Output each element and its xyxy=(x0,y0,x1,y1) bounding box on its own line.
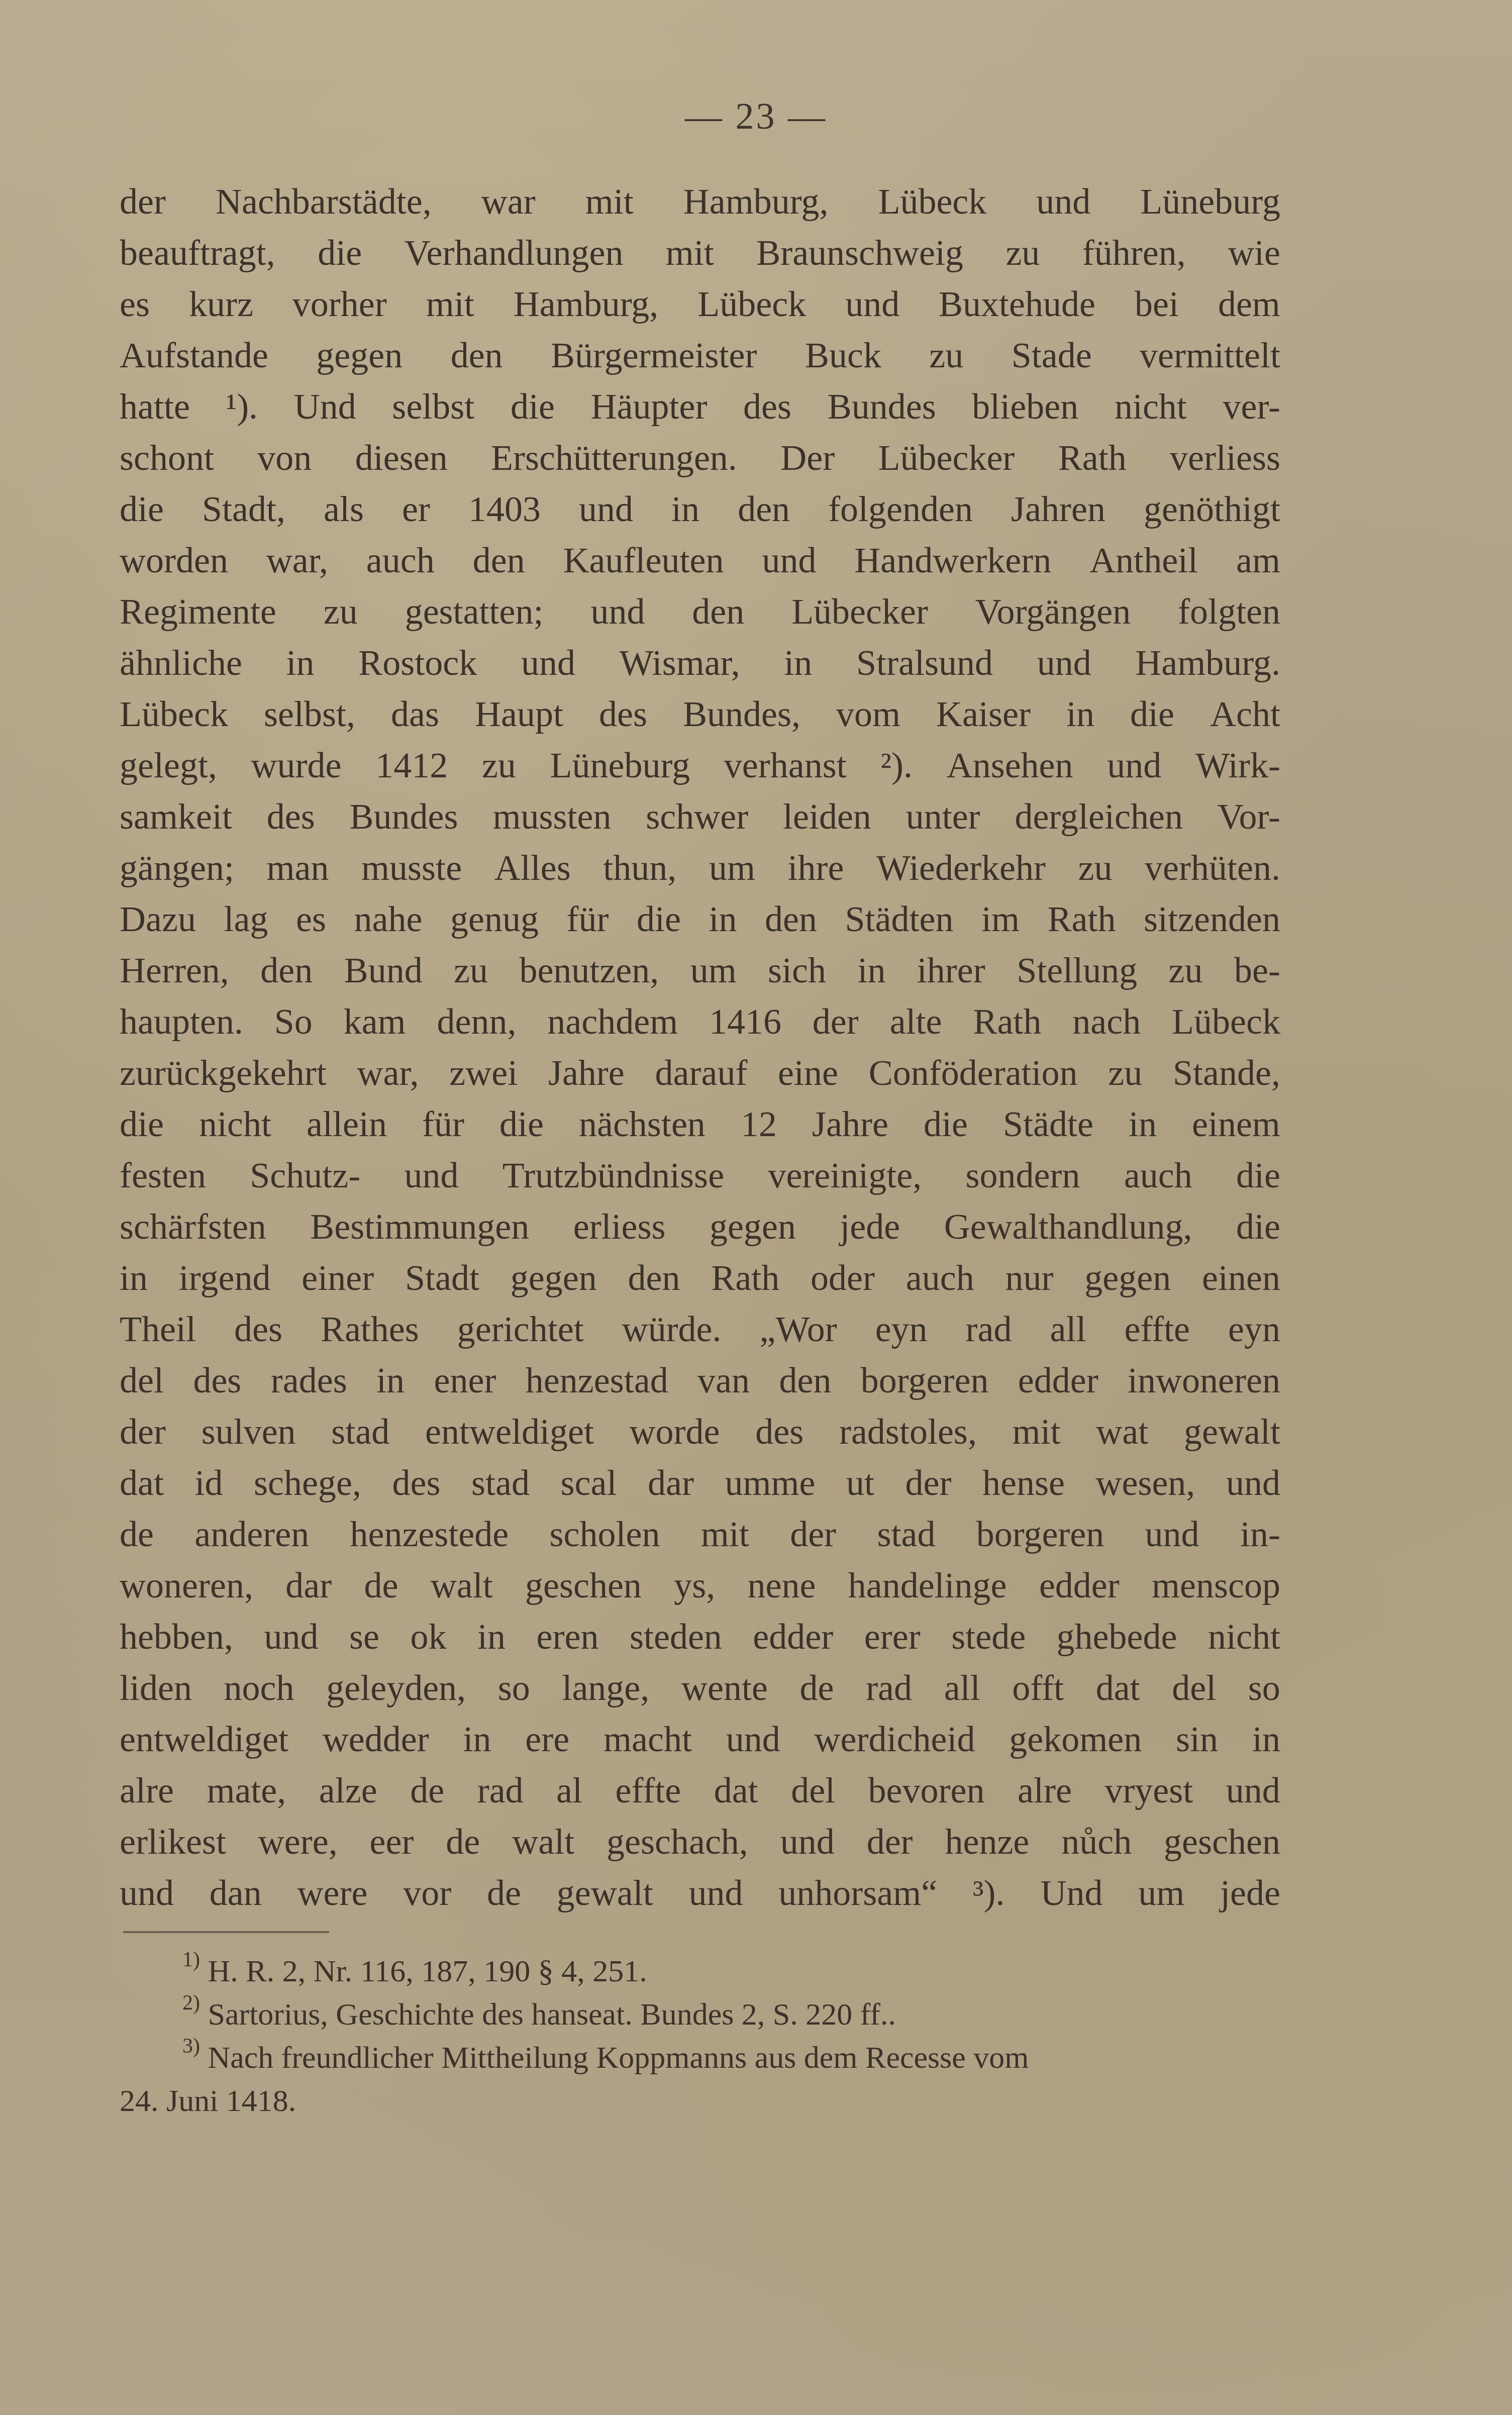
word: würde. xyxy=(622,1303,722,1355)
word: so xyxy=(498,1662,530,1714)
text-line: hatte¹).UndselbstdieHäupterdesBundesblie… xyxy=(120,381,1280,432)
word: die xyxy=(1236,1201,1280,1252)
word: und xyxy=(1145,1508,1199,1560)
word: del xyxy=(791,1765,835,1816)
text-line: TheildesRathesgerichtetwürde.„Woreynrada… xyxy=(120,1303,1280,1355)
word: 1416 xyxy=(709,996,781,1047)
word: war xyxy=(481,176,536,227)
word: Stande, xyxy=(1173,1047,1280,1098)
word: jede xyxy=(840,1201,900,1252)
text-line: deanderenhenzestedescholenmitderstadborg… xyxy=(120,1508,1280,1560)
word: war, xyxy=(357,1047,419,1098)
word: borgeren xyxy=(861,1355,989,1406)
word: von xyxy=(257,432,312,483)
word: und xyxy=(780,1816,835,1867)
word: Lübecker xyxy=(878,432,1015,483)
word: Kaufleuten xyxy=(563,535,724,586)
word: Lübecker xyxy=(791,586,928,637)
text-line: schontvondiesenErschütterungen.DerLübeck… xyxy=(120,432,1280,483)
word: Der xyxy=(780,432,835,483)
word: alre xyxy=(1018,1765,1072,1816)
word: edder xyxy=(753,1611,833,1662)
word: 1403 xyxy=(468,483,541,535)
word: auch xyxy=(366,535,435,586)
word: lange, xyxy=(562,1662,649,1714)
word: gelegt, xyxy=(120,740,217,791)
word: Bund xyxy=(344,945,423,996)
word: „Wor xyxy=(760,1303,837,1355)
word: des xyxy=(392,1457,440,1508)
word: zu xyxy=(1078,842,1113,893)
word: der xyxy=(120,1406,166,1457)
word: ³). xyxy=(973,1867,1005,1919)
word: nůch xyxy=(1061,1816,1132,1867)
word: der xyxy=(867,1816,913,1867)
word: Dazu xyxy=(120,893,196,945)
word: Braunschweig xyxy=(756,227,963,278)
word: steden xyxy=(630,1611,722,1662)
word: Trutzbündnisse xyxy=(502,1150,724,1201)
word: und xyxy=(264,1611,318,1662)
word: mit xyxy=(585,176,634,227)
word: Hamburg. xyxy=(1135,637,1280,688)
word: einen xyxy=(1202,1252,1280,1303)
word: schont xyxy=(120,432,214,483)
text-line: eskurzvorhermitHamburg,LübeckundBuxtehud… xyxy=(120,278,1280,330)
word: um xyxy=(1138,1867,1184,1919)
word: schärfsten xyxy=(120,1201,266,1252)
word: zu xyxy=(929,330,963,381)
word: vor xyxy=(403,1867,451,1919)
word: für xyxy=(566,893,609,945)
word: mit xyxy=(701,1508,749,1560)
word: bevoren xyxy=(868,1765,985,1816)
word: und xyxy=(726,1714,780,1765)
word: Conföderation xyxy=(869,1047,1078,1098)
word: dat xyxy=(714,1765,758,1816)
word: erliess xyxy=(573,1201,666,1252)
word: jede xyxy=(1220,1867,1280,1919)
word: edder xyxy=(1039,1560,1120,1611)
text-line: dieStadt,alser1403undindenfolgendenJahre… xyxy=(120,483,1280,535)
text-line: deldesradesinenerhenzestadvandenborgeren… xyxy=(120,1355,1280,1406)
word: eren xyxy=(537,1611,599,1662)
word: Lüneburg xyxy=(1140,176,1280,227)
word: als xyxy=(324,483,364,535)
word: Rath xyxy=(1058,432,1127,483)
word: ihre xyxy=(787,842,844,893)
text-line: dienichtalleinfürdienächsten12JahredieSt… xyxy=(120,1098,1280,1150)
word: Bundes xyxy=(350,791,458,842)
word: die xyxy=(511,381,555,432)
word: geschach, xyxy=(607,1816,748,1867)
word: ghebede xyxy=(1057,1611,1177,1662)
word: leiden xyxy=(783,791,871,842)
word: de xyxy=(446,1816,480,1867)
word: geleyden, xyxy=(326,1662,466,1714)
word: um xyxy=(690,945,737,996)
word: alre xyxy=(120,1765,174,1816)
word: Lübeck xyxy=(878,176,986,227)
word: Und xyxy=(294,381,356,432)
word: mit xyxy=(1013,1406,1061,1457)
word: diesen xyxy=(355,432,448,483)
word: Aufstande xyxy=(120,330,268,381)
word: schege, xyxy=(254,1457,361,1508)
footnote-marker: 2) xyxy=(182,1991,200,2015)
text-line: schärfstenBestimmungenerliessgegenjedeGe… xyxy=(120,1201,1280,1252)
body-text: derNachbarstädte,warmitHamburg,Lübeckund… xyxy=(120,176,1280,1919)
word: were, xyxy=(258,1816,338,1867)
footnote-text: Sartorius, Geschichte des hanseat. Bunde… xyxy=(208,1997,896,2032)
word: ²). xyxy=(880,740,913,791)
word: del xyxy=(120,1355,164,1406)
word: handelinge xyxy=(848,1560,1007,1611)
text-line: alremate,alzederadalefftedatdelbevorenal… xyxy=(120,1765,1280,1816)
word: hense xyxy=(982,1457,1065,1508)
word: vereinigte, xyxy=(768,1150,922,1201)
word: gewalt xyxy=(1184,1406,1280,1457)
word: nahe xyxy=(354,893,422,945)
word: die xyxy=(1236,1150,1280,1201)
text-line: inirgendeinerStadtgegendenRathoderauchnu… xyxy=(120,1252,1280,1303)
text-line: gängen;manmussteAllesthun,umihreWiederke… xyxy=(120,842,1280,893)
word: es xyxy=(296,893,326,945)
word: Bürgermeister xyxy=(551,330,757,381)
word: samkeit xyxy=(120,791,232,842)
word: ähnliche xyxy=(120,637,242,688)
word: für xyxy=(422,1098,464,1150)
word: die xyxy=(1130,688,1174,740)
word: Lübeck xyxy=(1172,996,1280,1047)
word: entweldiget xyxy=(425,1406,594,1457)
word: zu xyxy=(1169,945,1203,996)
word: Theil xyxy=(120,1303,196,1355)
word: beauftragt, xyxy=(120,227,275,278)
word: gegen xyxy=(710,1201,796,1252)
word: Hamburg, xyxy=(514,278,659,330)
word: und xyxy=(845,278,899,330)
footnote-divider xyxy=(123,1931,329,1933)
word: in- xyxy=(1240,1508,1280,1560)
word: eer xyxy=(370,1816,414,1867)
word: zu xyxy=(1108,1047,1142,1098)
word: und xyxy=(1036,176,1090,227)
word: alze xyxy=(319,1765,377,1816)
word: und xyxy=(762,535,816,586)
word: borgeren xyxy=(976,1508,1104,1560)
text-line: dersulvenstadentweldigetwordedesradstole… xyxy=(120,1406,1280,1457)
word: musste xyxy=(361,842,462,893)
word: auch xyxy=(1124,1150,1192,1201)
word: were xyxy=(297,1867,368,1919)
word: Alles xyxy=(494,842,571,893)
word: in xyxy=(671,483,699,535)
text-line: haupten.Sokamdenn,nachdem1416deralteRath… xyxy=(120,996,1280,1047)
word: worden xyxy=(120,535,228,586)
word: die xyxy=(499,1098,544,1150)
word: Herren, xyxy=(120,945,229,996)
word: Acht xyxy=(1210,688,1280,740)
word: henzestad xyxy=(526,1355,668,1406)
word: geschen xyxy=(525,1560,642,1611)
word: menscop xyxy=(1152,1560,1280,1611)
text-line: Lübeckselbst,dasHauptdesBundes,vomKaiser… xyxy=(120,688,1280,740)
word: Nachbarstädte, xyxy=(216,176,432,227)
word: all xyxy=(1050,1303,1086,1355)
word: darauf xyxy=(655,1047,748,1098)
word: er xyxy=(402,483,430,535)
word: am xyxy=(1236,535,1280,586)
word: Hamburg, xyxy=(683,176,829,227)
word: Rath xyxy=(973,996,1041,1047)
word: effte xyxy=(616,1765,681,1816)
word: kam xyxy=(344,996,406,1047)
word: gekomen xyxy=(1009,1714,1142,1765)
word: de xyxy=(800,1662,834,1714)
word: den xyxy=(628,1252,680,1303)
word: se xyxy=(349,1611,379,1662)
word: gegen xyxy=(1084,1252,1171,1303)
word: den xyxy=(738,483,790,535)
text-line: derNachbarstädte,warmitHamburg,Lübeckund… xyxy=(120,176,1280,227)
word: in xyxy=(120,1252,148,1303)
word: den xyxy=(260,945,313,996)
word: wurde xyxy=(251,740,342,791)
word: Stralsund xyxy=(856,637,993,688)
word: mussten xyxy=(492,791,611,842)
word: und xyxy=(590,586,645,637)
word: genug xyxy=(450,893,539,945)
word: stad xyxy=(331,1406,389,1457)
word: ut xyxy=(846,1457,874,1508)
word: Regimente xyxy=(120,586,276,637)
word: nicht xyxy=(1115,381,1187,432)
word: nene xyxy=(747,1560,816,1611)
text-line: samkeitdesBundesmusstenschwerleidenunter… xyxy=(120,791,1280,842)
word: haupten. xyxy=(120,996,243,1047)
text-line: zurückgekehrtwar,zweiJahredaraufeineConf… xyxy=(120,1047,1280,1098)
footnote-3-continuation: 24. Juni 1418. xyxy=(120,2079,1280,2123)
word: Vorgängen xyxy=(975,586,1131,637)
text-line: gelegt,wurde1412zuLüneburgverhanst²).Ans… xyxy=(120,740,1280,791)
word: vorher xyxy=(292,278,387,330)
word: gewalt xyxy=(557,1867,653,1919)
word: macht xyxy=(603,1714,692,1765)
word: und xyxy=(1107,740,1161,791)
word: gegen xyxy=(511,1252,597,1303)
word: nächsten xyxy=(579,1098,705,1150)
word: Rathes xyxy=(321,1303,419,1355)
word: eyn xyxy=(1228,1303,1280,1355)
word: Städten xyxy=(845,893,953,945)
text-line: entweldigetwedderineremachtundwerdicheid… xyxy=(120,1714,1280,1765)
text-line: datidschege,desstadscaldarummeutderhense… xyxy=(120,1457,1280,1508)
word: 1412 xyxy=(375,740,448,791)
word: verliess xyxy=(1170,432,1280,483)
word: unhorsam“ xyxy=(778,1867,937,1919)
word: in xyxy=(784,637,812,688)
word: ver- xyxy=(1223,381,1280,432)
word: die xyxy=(120,483,164,535)
word: es xyxy=(120,278,150,330)
word: lag xyxy=(224,893,268,945)
word: stad xyxy=(877,1508,935,1560)
word: al xyxy=(556,1765,582,1816)
word: kurz xyxy=(189,278,253,330)
text-line: DazulagesnahegenugfürdieindenStädtenimRa… xyxy=(120,893,1280,945)
word: sitzenden xyxy=(1144,893,1280,945)
word: die xyxy=(318,227,362,278)
word: im xyxy=(981,893,1020,945)
word: auch xyxy=(906,1252,974,1303)
word: und xyxy=(521,637,575,688)
word: die xyxy=(120,1098,164,1150)
word: in xyxy=(857,945,885,996)
footnote-marker: 3) xyxy=(182,2035,200,2058)
word: eyn xyxy=(875,1303,928,1355)
word: Wirk- xyxy=(1195,740,1280,791)
word: des xyxy=(234,1303,282,1355)
word: in xyxy=(1129,1098,1157,1150)
word: hebben, xyxy=(120,1611,233,1662)
word: zu xyxy=(482,740,516,791)
word: dan xyxy=(210,1867,262,1919)
word: Häupter xyxy=(591,381,708,432)
word: de xyxy=(487,1867,521,1919)
word: Jahre xyxy=(548,1047,625,1098)
word: hatte xyxy=(120,381,190,432)
word: thun, xyxy=(603,842,676,893)
word: zurückgekehrt xyxy=(120,1047,327,1098)
text-line: hebben,undseokinerenstedenedderererstede… xyxy=(120,1611,1280,1662)
word: ok xyxy=(410,1611,446,1662)
word: inwoneren xyxy=(1128,1355,1280,1406)
word: Lübeck xyxy=(120,688,228,740)
word: folgenden xyxy=(828,483,973,535)
word: ihrer xyxy=(917,945,985,996)
word: noch xyxy=(224,1662,294,1714)
word: wesen, xyxy=(1095,1457,1195,1508)
word: die xyxy=(637,893,681,945)
word: rad xyxy=(966,1303,1012,1355)
word: des xyxy=(743,381,791,432)
word: der xyxy=(813,996,859,1047)
word: Jahren xyxy=(1011,483,1105,535)
word: in xyxy=(1252,1714,1280,1765)
word: henzestede xyxy=(350,1508,509,1560)
word: geschen xyxy=(1164,1816,1280,1867)
word: sulven xyxy=(201,1406,296,1457)
text-line: woneren,dardewaltgeschenys,nenehandeling… xyxy=(120,1560,1280,1611)
word: das xyxy=(391,688,439,740)
word: Verhandlungen xyxy=(405,227,624,278)
word: selbst, xyxy=(264,688,355,740)
word: Gewalthandlung, xyxy=(944,1201,1192,1252)
word: van xyxy=(697,1355,750,1406)
word: genöthigt xyxy=(1144,483,1280,535)
word: rades xyxy=(271,1355,347,1406)
word: Lübeck xyxy=(697,278,806,330)
word: edder xyxy=(1018,1355,1098,1406)
word: man xyxy=(267,842,329,893)
word: ener xyxy=(434,1355,496,1406)
word: Bundes, xyxy=(683,688,800,740)
word: umme xyxy=(725,1457,815,1508)
word: Bestimmungen xyxy=(310,1201,529,1252)
word: 12 xyxy=(741,1098,777,1150)
word: irgend xyxy=(179,1252,271,1303)
word: dat xyxy=(1096,1662,1140,1714)
word: radstoles, xyxy=(839,1406,977,1457)
word: all xyxy=(944,1662,980,1714)
text-line: erlikestwere,eerdewaltgeschach,undderhen… xyxy=(120,1816,1280,1867)
word: vom xyxy=(836,688,900,740)
text-line: beauftragt,dieVerhandlungenmitBraunschwe… xyxy=(120,227,1280,278)
word: zu xyxy=(1005,227,1040,278)
word: rad xyxy=(477,1765,524,1816)
word: vryest xyxy=(1104,1765,1193,1816)
word: So xyxy=(274,996,313,1047)
footnote-text: Nach freundlicher Mittheilung Koppmanns … xyxy=(208,2041,1029,2075)
text-line: unddanwerevordegewaltundunhorsam“³).Undu… xyxy=(120,1867,1280,1919)
word: Antheil xyxy=(1089,535,1198,586)
word: Stade xyxy=(1012,330,1092,381)
word: mit xyxy=(666,227,714,278)
word: be- xyxy=(1234,945,1280,996)
word: mate, xyxy=(207,1765,286,1816)
word: nicht xyxy=(1208,1611,1280,1662)
word: in xyxy=(376,1355,405,1406)
text-line: Regimentezugestatten;unddenLübeckerVorgä… xyxy=(120,586,1280,637)
footnote-3: 3) Nach freundlicher Mittheilung Koppman… xyxy=(120,2036,1280,2079)
word: gestatten; xyxy=(405,586,544,637)
word: Ansehen xyxy=(947,740,1073,791)
word: zwei xyxy=(449,1047,518,1098)
word: war, xyxy=(266,535,328,586)
word: nach xyxy=(1072,996,1141,1047)
word: stede xyxy=(951,1611,1026,1662)
word: und xyxy=(1037,637,1091,688)
word: anderen xyxy=(194,1508,309,1560)
word: und xyxy=(579,483,633,535)
text-line: AufstandegegendenBürgermeisterBuckzuStad… xyxy=(120,330,1280,381)
word: in xyxy=(463,1714,491,1765)
word: verhanst xyxy=(724,740,847,791)
word: dergleichen xyxy=(1015,791,1183,842)
word: und xyxy=(120,1867,174,1919)
word: blieben xyxy=(972,381,1078,432)
word: Städte xyxy=(1003,1098,1093,1150)
word: den xyxy=(779,1355,831,1406)
word: mit xyxy=(426,278,474,330)
footnote-1: 1) H. R. 2, Nr. 116, 187, 190 § 4, 251. xyxy=(120,1950,1280,1993)
word: Rath xyxy=(711,1252,779,1303)
word: bei xyxy=(1135,278,1179,330)
word: rad xyxy=(866,1662,912,1714)
word: in xyxy=(477,1611,506,1662)
word: dar xyxy=(285,1560,332,1611)
word: Wiederkehr xyxy=(876,842,1046,893)
word: und xyxy=(1226,1765,1280,1816)
word: Wismar, xyxy=(620,637,740,688)
word: gängen; xyxy=(120,842,234,893)
word: der xyxy=(790,1508,836,1560)
word: worde xyxy=(630,1406,720,1457)
word: werdicheid xyxy=(815,1714,975,1765)
word: scal xyxy=(561,1457,617,1508)
word: wente xyxy=(681,1662,768,1714)
